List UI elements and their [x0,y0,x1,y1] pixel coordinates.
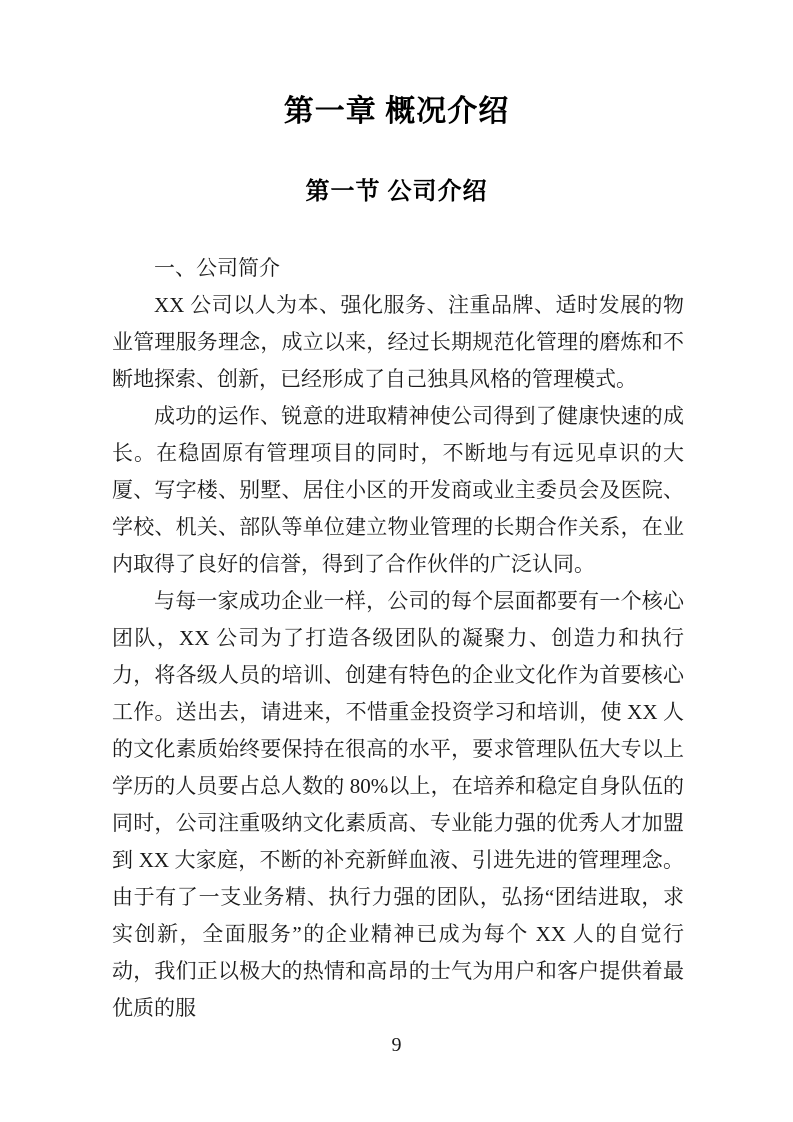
document-body: 一、公司简介 XX 公司以人为本、强化服务、注重品牌、适时发展的物业管理服务理念… [112,250,684,1027]
paragraph-heading: 一、公司简介 [112,250,684,287]
paragraph: XX 公司以人为本、强化服务、注重品牌、适时发展的物业管理服务理念，成立以来，经… [112,287,684,398]
document-page: 第一章 概况介绍 第一节 公司介绍 一、公司简介 XX 公司以人为本、强化服务、… [0,0,793,1122]
section-title: 第一节 公司介绍 [0,176,793,209]
paragraph: 成功的运作、锐意的进取精神使公司得到了健康快速的成长。在稳固原有管理项目的同时，… [112,398,684,583]
chapter-title: 第一章 概况介绍 [0,91,793,133]
page-number: 9 [0,1033,793,1057]
paragraph: 与每一家成功企业一样，公司的每个层面都要有一个核心团队，XX 公司为了打造各级团… [112,583,684,1027]
